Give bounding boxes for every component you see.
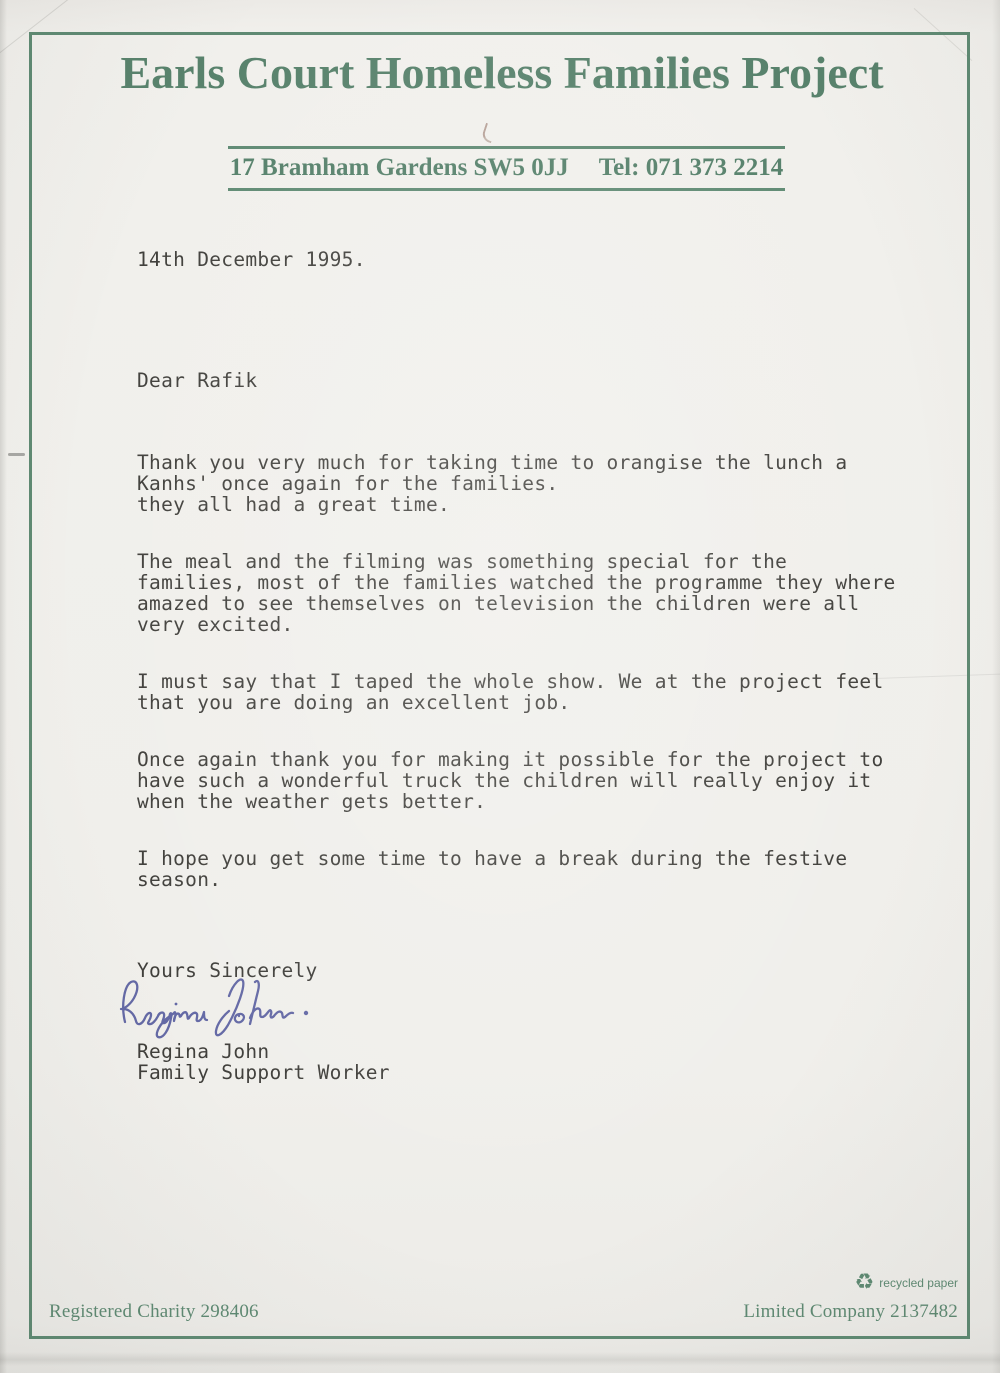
- letter-line: Kanhs' once again for the families.: [137, 473, 937, 494]
- recycled-paper-badge: ♻ recycled paper: [855, 1272, 958, 1294]
- signature-ink-strokes: [116, 972, 321, 1046]
- letter-line: they all had a great time.: [137, 494, 937, 515]
- letter-line: have such a wonderful truck the children…: [137, 770, 937, 791]
- scan-mark: [8, 453, 25, 456]
- letter-line: The meal and the filming was something s…: [137, 551, 937, 572]
- letterhead-address: 17 Bramham Gardens SW5 0JJ: [230, 154, 569, 182]
- sender-title: Family Support Worker: [137, 1062, 390, 1083]
- letter-paragraph: Once again thank you for making it possi…: [137, 749, 937, 812]
- recycled-paper-label: recycled paper: [879, 1276, 958, 1290]
- organisation-title: Earls Court Homeless Families Project: [34, 44, 970, 102]
- letter-line: amazed to see themselves on television t…: [137, 593, 937, 614]
- letter-paragraph: I must say that I taped the whole show. …: [137, 671, 937, 713]
- letter-paragraph: I hope you get some time to have a break…: [137, 848, 937, 890]
- letter-line: I must say that I taped the whole show. …: [137, 671, 937, 692]
- letter-line: Thank you very much for taking time to o…: [137, 452, 937, 473]
- letterhead-address-band: 17 Bramham Gardens SW5 0JJ Tel: 071 373 …: [228, 146, 785, 191]
- scan-shadow: [0, 1352, 1000, 1366]
- letter-line: Once again thank you for making it possi…: [137, 749, 937, 770]
- recycle-icon: ♻: [855, 1272, 875, 1294]
- letter-paragraph: Thank you very much for taking time to o…: [137, 452, 937, 515]
- handwritten-signature: [116, 972, 321, 1046]
- letter-line: that you are doing an excellent job.: [137, 692, 937, 713]
- letter-date: 14th December 1995.: [137, 249, 366, 270]
- letter-line: very excited.: [137, 614, 937, 635]
- limited-company-number: Limited Company 2137482: [743, 1301, 958, 1323]
- letter-line: I hope you get some time to have a break…: [137, 848, 937, 869]
- letter-paragraph: The meal and the filming was something s…: [137, 551, 937, 635]
- sender-name: Regina John: [137, 1041, 269, 1062]
- letter-line: families, most of the families watched t…: [137, 572, 937, 593]
- letter-salutation: Dear Rafik: [137, 370, 257, 391]
- letter-body: Thank you very much for taking time to o…: [137, 452, 937, 926]
- letter-line: season.: [137, 869, 937, 890]
- scanned-letter-page: Earls Court Homeless Families Project 17…: [0, 0, 1000, 1373]
- letter-line: when the weather gets better.: [137, 791, 937, 812]
- registered-charity-number: Registered Charity 298406: [49, 1301, 259, 1323]
- letterhead-telephone: Tel: 071 373 2214: [599, 154, 784, 182]
